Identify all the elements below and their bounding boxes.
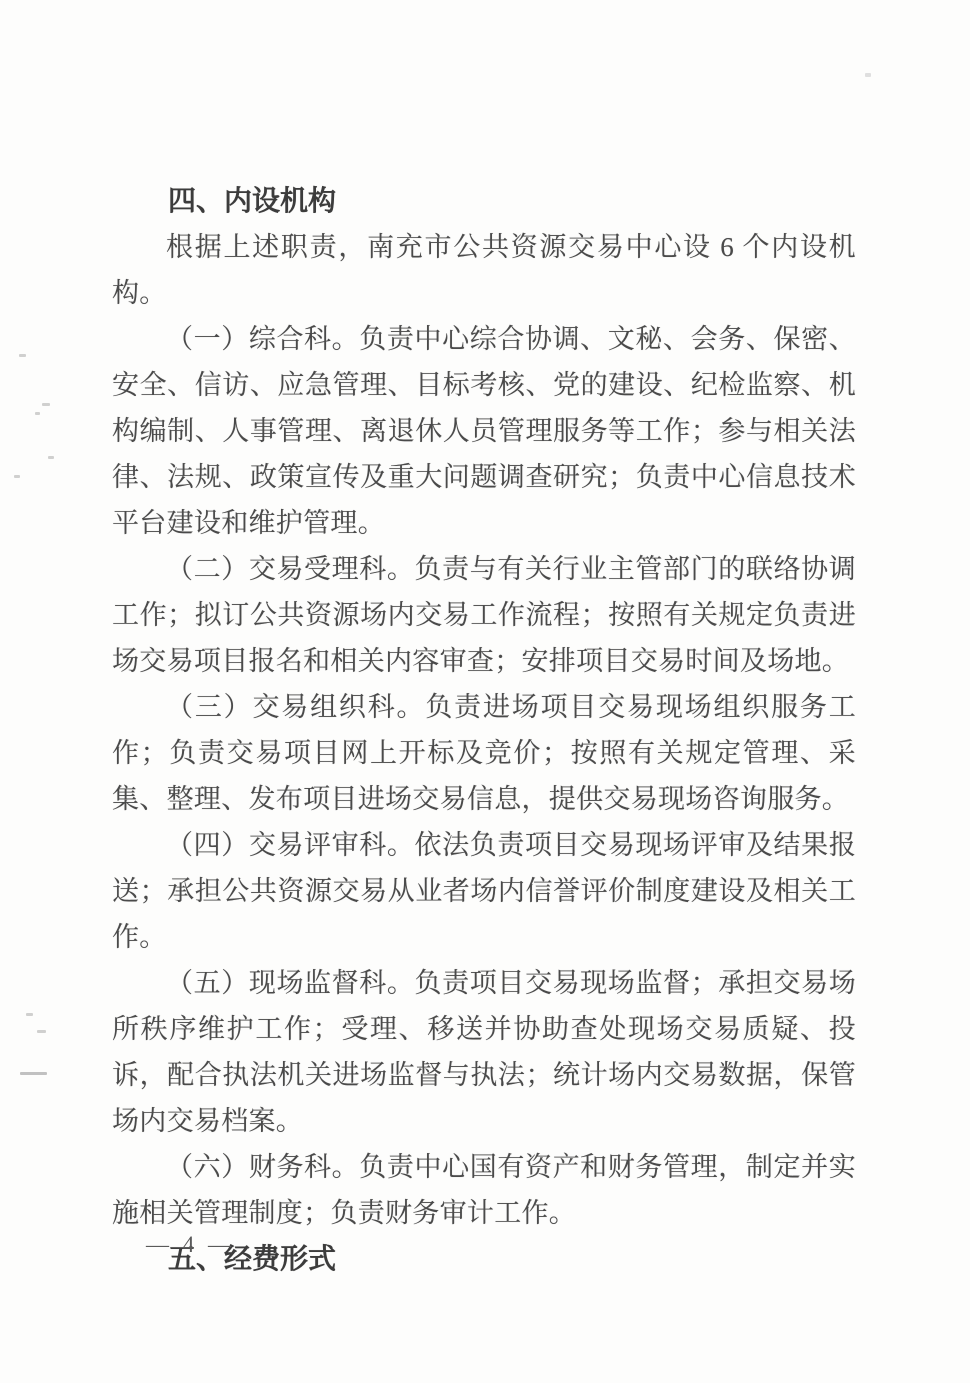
item-paragraph-2: （二）交易受理科。负责与有关行业主管部门的联络协调工作；拟订公共资源场内交易工作… <box>112 546 856 684</box>
scan-speck <box>42 403 50 406</box>
scan-speck <box>865 73 871 77</box>
scan-speck <box>14 475 20 478</box>
scan-speck <box>26 1013 33 1016</box>
intro-paragraph: 根据上述职责，南充市公共资源交易中心设 6 个内设机构。 <box>112 224 856 316</box>
scan-speck <box>37 1030 46 1033</box>
item-paragraph-1: （一）综合科。负责中心综合协调、文秘、会务、保密、安全、信访、应急管理、目标考核… <box>112 316 856 546</box>
section-heading-4: 四、内设机构 <box>112 178 856 224</box>
item-paragraph-6: （六）财务科。负责中心国有资产和财务管理，制定并实施相关管理制度；负责财务审计工… <box>112 1144 856 1236</box>
document-page: 四、内设机构 根据上述职责，南充市公共资源交易中心设 6 个内设机构。 （一）综… <box>0 0 970 1383</box>
item-paragraph-3: （三）交易组织科。负责进场项目交易现场组织服务工作；负责交易项目网上开标及竞价；… <box>112 684 856 822</box>
scan-speck <box>19 354 26 357</box>
scan-speck <box>48 456 54 459</box>
item-paragraph-5: （五）现场监督科。负责项目交易现场监督；承担交易场所秩序维护工作；受理、移送并协… <box>112 960 856 1144</box>
item-paragraph-4: （四）交易评审科。依法负责项目交易现场评审及结果报送；承担公共资源交易从业者场内… <box>112 822 856 960</box>
scan-speck <box>35 412 40 415</box>
page-number: — 4 — <box>146 1232 235 1258</box>
document-body: 四、内设机构 根据上述职责，南充市公共资源交易中心设 6 个内设机构。 （一）综… <box>112 178 856 1282</box>
scan-dash-mark <box>20 1072 47 1075</box>
